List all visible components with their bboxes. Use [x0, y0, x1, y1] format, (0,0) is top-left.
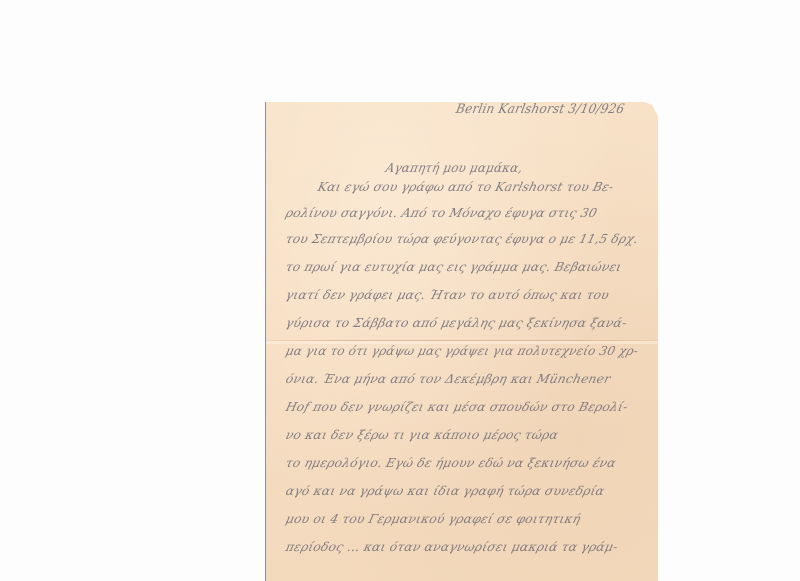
- letter-line: το πρωί για ευτυχία μας εις γράμμα μας. …: [284, 260, 623, 274]
- letter-line: περίοδος ... και όταν αναγνωρίσει μακριά…: [284, 540, 619, 554]
- letter-line: όνια. Ένα μήνα από τον Δεκέμβρη και Münc…: [284, 372, 612, 386]
- letter-line: μα για το ότι γράψω μας γράψει για πολυτ…: [284, 344, 639, 358]
- letter-line: γιατί δεν γράφει μας. Ήταν το αυτό όπως …: [284, 288, 610, 302]
- letter-line: Και εγώ σου γράφω από το Karlshorst του …: [316, 180, 615, 194]
- letter-line: μου οι 4 του Γερμανικού γραφεί σε φοιτητ…: [284, 512, 582, 526]
- letter-line: Hof που δεν γνωρίζει και μέσα σπουδών στ…: [284, 400, 629, 414]
- letter-page: Berlin Karlshorst 3/10/926 Αγαπητή μου μ…: [265, 102, 658, 581]
- letter-line: ρολίνου σαγγόνι. Από το Μόναχο έφυγα στι…: [284, 206, 598, 220]
- letter-line: το ημερολόγιο. Εγώ δε ήμουν εδώ να ξεκιν…: [284, 456, 617, 470]
- letter-line: γύρισα το Σάββατο από μεγάλης μας ξεκίνη…: [284, 316, 628, 330]
- salutation: Αγαπητή μου μαμάκα,: [384, 160, 524, 175]
- place-date-heading: Berlin Karlshorst 3/10/926: [455, 102, 626, 117]
- letter-line: του Σεπτεμβρίου τώρα φεύγοντας έφυγα ο μ…: [284, 232, 640, 246]
- letter-line: αγό και να γράψω και ίδια γραφή τώρα συν…: [284, 484, 606, 498]
- letter-line: νο και δεν ξέρω τι για κάποιο μέρος τώρα: [284, 428, 560, 442]
